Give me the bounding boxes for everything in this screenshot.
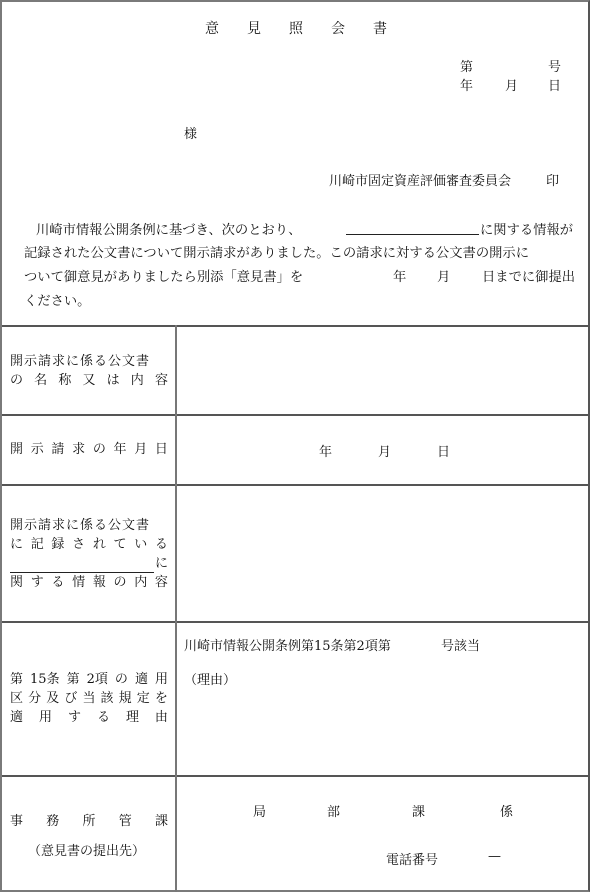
label-char: 区	[10, 689, 23, 708]
label-char: に	[155, 554, 168, 573]
label-char: 2項	[87, 670, 108, 689]
label-char: 用	[155, 670, 168, 689]
issuer-name: 川崎市固定資産評価審査委員会	[329, 170, 511, 189]
label-char: 当	[82, 689, 95, 708]
ref-number-prefix: 第	[460, 56, 473, 75]
label-char: す	[68, 708, 81, 727]
label-char: び	[64, 689, 77, 708]
row-label-exemption-reason: 第 15条 第 2項 の 適 用 区 分 及 び 当 該 規 定 を 適 用 す…	[10, 670, 168, 727]
label-char: 及	[46, 689, 59, 708]
document-name-field[interactable]	[178, 327, 588, 414]
blank-underline-subject	[346, 234, 479, 235]
label-char: を	[155, 689, 168, 708]
label-char: 第	[67, 670, 80, 689]
label-char: れ	[93, 535, 106, 554]
label-char: 内	[134, 573, 147, 592]
date-month: 月	[505, 75, 518, 94]
body-deadline-month: 月	[437, 266, 450, 285]
label-char: 称	[58, 371, 71, 390]
document-title: 意見照会書	[0, 18, 592, 38]
row-label-request-date: 開 示 請 求 の 年 月 日	[10, 440, 168, 459]
phone-separator: —	[488, 849, 501, 864]
column-divider	[175, 325, 177, 892]
seal-mark: 印	[546, 170, 559, 189]
body-line-3-end: 日までに御提出	[482, 266, 575, 285]
label-char: す	[31, 573, 44, 592]
phone-label: 電話番号	[386, 849, 438, 868]
body-line-4: ください。	[24, 290, 90, 309]
label-char: 事	[10, 812, 23, 831]
row-label-recorded-info: 開示請求に係る公文書 に 記 録 さ れ て い る に 関 す る 情 報 の…	[10, 516, 168, 592]
label-text: 開示請求に係る公文書	[10, 516, 150, 535]
office-unit: 係	[500, 801, 513, 820]
row-divider	[2, 775, 588, 777]
addressee-suffix: 様	[184, 123, 197, 142]
label-char: 定	[137, 689, 150, 708]
label-char: は	[107, 371, 120, 390]
label-char: 由	[155, 708, 168, 727]
label-char: に	[10, 535, 23, 554]
label-char: 月	[134, 440, 147, 459]
title-char: 会	[317, 18, 359, 38]
label-char: 該	[101, 689, 114, 708]
provision-text-end: 号該当	[441, 635, 480, 654]
label-char: 第	[10, 670, 23, 689]
label-char: 名	[34, 371, 47, 390]
label-char: る	[155, 535, 168, 554]
label-char: 又	[82, 371, 95, 390]
label-char: 容	[155, 573, 168, 592]
row-divider	[2, 414, 588, 416]
label-char: 開	[10, 440, 23, 459]
label-char: 務	[46, 812, 59, 831]
label-char: 求	[72, 440, 85, 459]
row-divider	[2, 621, 588, 623]
label-char: 所	[82, 812, 95, 831]
label-char: 録	[51, 535, 64, 554]
label-char: 用	[39, 708, 52, 727]
label-char: い	[134, 535, 147, 554]
label-char: さ	[72, 535, 85, 554]
reason-label: （理由）	[184, 669, 236, 688]
label-char: 記	[31, 535, 44, 554]
date-day: 日	[548, 75, 561, 94]
title-char: 書	[359, 18, 401, 38]
request-date-month: 月	[378, 441, 391, 460]
body-deadline-year: 年	[393, 266, 406, 285]
label-char: の	[114, 573, 127, 592]
label-text: 開示請求に係る公文書	[10, 352, 150, 371]
title-char: 見	[233, 18, 275, 38]
label-char: の	[10, 371, 23, 390]
label-char: の	[93, 440, 106, 459]
label-char: 適	[135, 670, 148, 689]
label-char: る	[97, 708, 110, 727]
label-char: 日	[155, 440, 168, 459]
office-section: 課	[412, 801, 425, 820]
label-char: 内	[131, 371, 144, 390]
label-char: 年	[114, 440, 127, 459]
label-char: 適	[10, 708, 23, 727]
office-bureau: 局	[253, 801, 266, 820]
label-char: 情	[72, 573, 85, 592]
label-char: 分	[28, 689, 41, 708]
recorded-info-field[interactable]	[178, 486, 588, 621]
body-line-1-start: 川崎市情報公開条例に基づき、次のとおり、	[36, 219, 301, 238]
blank-underline-info	[10, 558, 154, 573]
date-year: 年	[460, 75, 473, 94]
body-line-3-start: ついて御意見がありましたら別添「意見書」を	[24, 266, 303, 285]
request-date-year: 年	[319, 441, 332, 460]
office-department: 部	[327, 801, 340, 820]
label-char: 関	[10, 573, 23, 592]
label-char: 容	[155, 371, 168, 390]
label-char: の	[115, 670, 128, 689]
body-line-2: 記録された公文書について開示請求がありました。この請求に対する公文書の開示に	[24, 242, 529, 261]
request-date-day: 日	[437, 441, 450, 460]
label-char: 理	[126, 708, 139, 727]
provision-text-start: 川崎市情報公開条例第15条第2項第	[184, 635, 391, 654]
row-label-document-name: 開示請求に係る公文書 の 名 称 又 は 内 容	[10, 352, 168, 390]
label-char: 請	[51, 440, 64, 459]
title-char: 照	[275, 18, 317, 38]
row-label-office: 事 務 所 管 課	[10, 812, 168, 831]
body-line-1-end: に関する情報が	[480, 219, 573, 238]
label-char: る	[51, 573, 64, 592]
label-char: て	[114, 535, 127, 554]
label-char: 規	[119, 689, 132, 708]
ref-number-suffix: 号	[548, 56, 561, 75]
label-char: 15条	[30, 670, 60, 689]
label-char: 示	[31, 440, 44, 459]
label-char: 課	[155, 812, 168, 831]
label-char: 報	[93, 573, 106, 592]
label-char: 管	[119, 812, 132, 831]
title-char: 意	[191, 18, 233, 38]
office-sublabel: （意見書の提出先）	[28, 840, 145, 859]
